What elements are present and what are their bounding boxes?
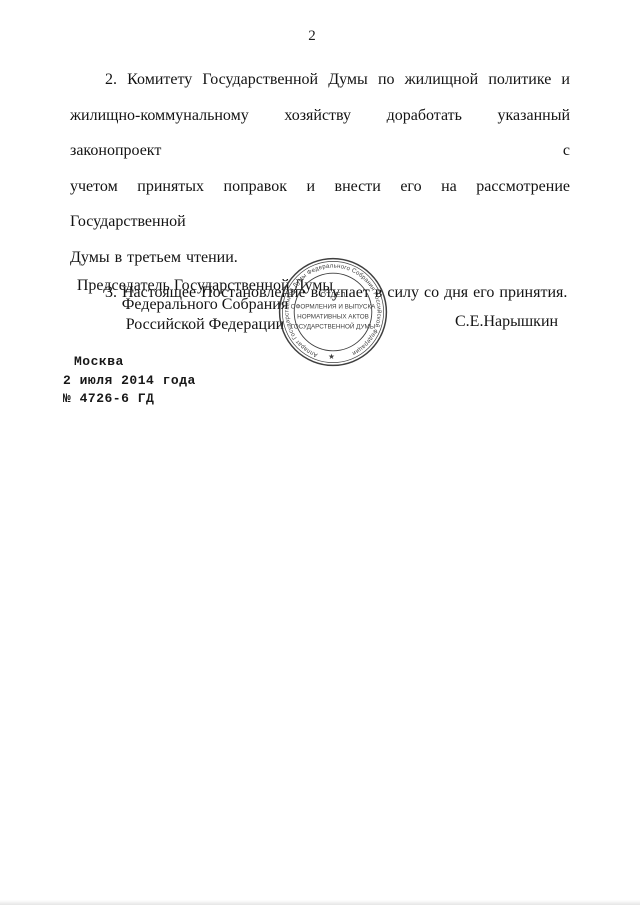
stamp-star-icon: ★: [328, 352, 335, 361]
signature-title: Председатель Государственной Думы Федера…: [68, 276, 342, 334]
signature-title-line: Российской Федерации: [68, 315, 342, 334]
body-line: Думы в третьем чтении.: [70, 240, 570, 276]
resolution-body: 2. Комитету Государственной Думы по жили…: [70, 62, 570, 311]
signer-name: С.Е.Нарышкин: [455, 313, 558, 331]
signature-title-line: Федерального Собрания: [68, 295, 342, 314]
body-line: учетом принятых поправок и внести его на…: [70, 169, 570, 240]
issue-details: Москва 2 июля 2014 года № 4726-6 ГД: [63, 353, 196, 409]
document-page: 2 2. Комитету Государственной Думы по жи…: [0, 0, 640, 905]
issue-city: Москва: [63, 353, 196, 372]
body-line: жилищно-коммунальному хозяйству доработа…: [70, 98, 570, 169]
body-line: 2. Комитету Государственной Думы по жили…: [70, 62, 570, 98]
page-number: 2: [296, 28, 328, 45]
issue-number: № 4726-6 ГД: [63, 390, 196, 409]
issue-date: 2 июля 2014 года: [63, 372, 196, 391]
signature-title-line: Председатель Государственной Думы: [68, 276, 342, 295]
